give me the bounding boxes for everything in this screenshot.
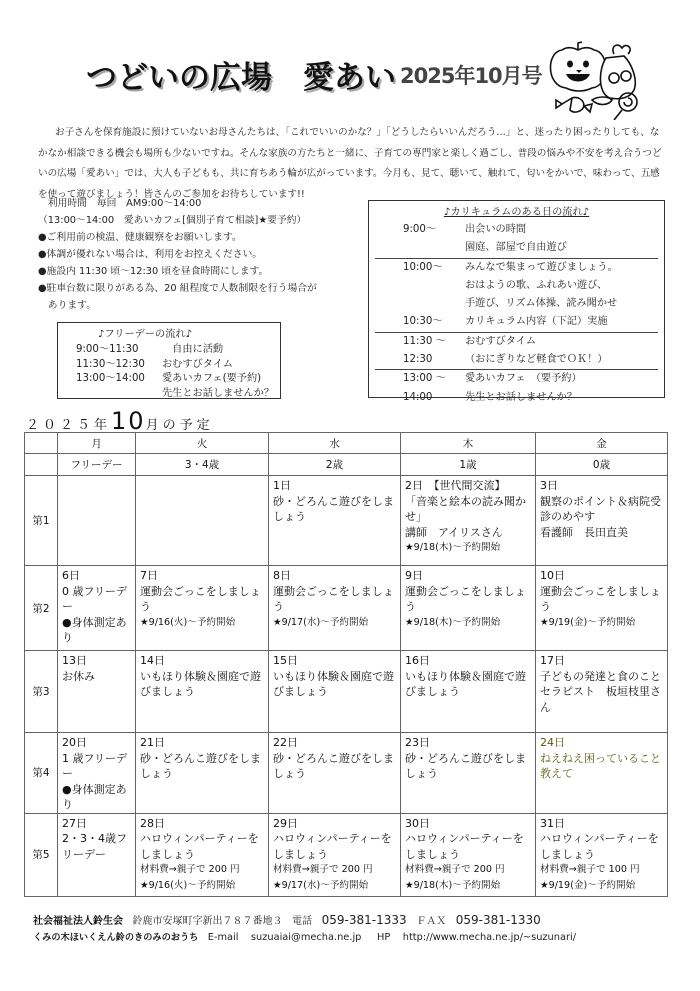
event-text: 運動会ごっこをしましょう bbox=[273, 584, 397, 615]
event-text: お休み bbox=[62, 669, 132, 685]
day-tue: 火 bbox=[136, 433, 269, 454]
age-fri: 0歳 bbox=[536, 454, 668, 476]
corner-cell bbox=[25, 454, 58, 476]
usage-info: 利用時間 毎回 AM9:00～14:00 （13:00～14:00 愛あいカフェ… bbox=[38, 195, 317, 314]
date-label: 29日 bbox=[273, 816, 397, 832]
activity: カリキュラム内容（下記）実施 bbox=[465, 313, 658, 331]
hp-label: HP bbox=[377, 932, 390, 943]
event-text: 2・3・4歳フリーデー bbox=[62, 831, 132, 862]
day-cell: 22日砂・どろんこ遊びをしましょう bbox=[269, 733, 401, 814]
event-text: 1 歳フリーデー bbox=[62, 751, 132, 782]
date-label: 27日 bbox=[62, 816, 132, 832]
event-text: ハロウィンパーティーをしましょう bbox=[140, 831, 265, 862]
time: 14:00 bbox=[375, 389, 465, 407]
activity: 自由に活動 bbox=[162, 343, 223, 358]
activity: みんなで集まって遊びましょう。 bbox=[465, 259, 658, 277]
reservation-note: ★9/19(金)～予約開始 bbox=[540, 878, 664, 894]
reservation-note: ★9/18(木)～予約開始 bbox=[405, 878, 532, 894]
activity: 先生とお話しませんか？ bbox=[465, 389, 658, 407]
day-cell: 3日観察のポイント＆病院受診のめやす看護師 長田直美 bbox=[536, 476, 668, 566]
freeday-flow-title: ♪フリーデーの流れ♪ bbox=[58, 326, 280, 343]
event-text: いもほり体験＆園庭で遊びましょう bbox=[405, 669, 532, 700]
time: 13:00 ～ bbox=[375, 370, 465, 388]
day-cell: 30日ハロウィンパーティーをしましょう材料費→親子で 200 円★9/18(木)… bbox=[401, 813, 536, 896]
time: 13:00～14:00 bbox=[58, 372, 162, 387]
activity: おはようの歌、ふれあい遊び、 bbox=[465, 277, 658, 295]
activity: 園庭、部屋で自由遊び bbox=[465, 239, 658, 257]
notice-health: ●体調が優れない場合は、利用をお控えください。 bbox=[38, 246, 317, 263]
time: 11:30 ～ bbox=[375, 333, 465, 351]
day-cell: 7日運動会ごっこをしましょう★9/16(火)～予約開始 bbox=[136, 566, 269, 651]
schedule-title: ２０２５年10月の予定 bbox=[26, 407, 214, 435]
time bbox=[58, 387, 162, 402]
day-thu: 木 bbox=[401, 433, 536, 454]
reservation-note: ★9/17(水)～予約開始 bbox=[273, 878, 397, 894]
day-fri: 金 bbox=[536, 433, 668, 454]
curriculum-section: 10:00～みんなで集まって遊びましょう。 おはようの歌、ふれあい遊び、 手遊び… bbox=[375, 258, 658, 332]
event-text: ハロウィンパーティーをしましょう bbox=[540, 831, 664, 862]
corner-cell bbox=[25, 433, 58, 454]
activity: 愛あいカフェ(要予約) bbox=[162, 372, 261, 387]
age-thu: 1歳 bbox=[401, 454, 536, 476]
date-label: 16日 bbox=[405, 653, 532, 669]
curriculum-flow-title: ♪カリキュラムのある日の流れ♪ bbox=[369, 205, 664, 221]
notice-lunch: ●施設内 11:30 頃～12:30 頃を昼食時間にします。 bbox=[38, 263, 317, 280]
event-text: ●身体測定あり bbox=[62, 782, 132, 813]
date-label: 6日 bbox=[62, 568, 132, 584]
week-label: 第5 bbox=[25, 813, 58, 896]
event-text: 子どもの発達と食のこと bbox=[540, 669, 664, 685]
day-cell: 14日いもほり体験＆園庭で遊びましょう bbox=[136, 651, 269, 733]
cafe-hours: （13:00～14:00 愛あいカフェ[個別子育て相談]★要予約） bbox=[38, 212, 317, 229]
day-cell: 16日いもほり体験＆園庭で遊びましょう bbox=[401, 651, 536, 733]
week-row: 第26日0 歳フリーデー●身体測定あり7日運動会ごっこをしましょう★9/16(火… bbox=[25, 566, 668, 651]
day-cell: 8日運動会ごっこをしましょう★9/17(水)～予約開始 bbox=[269, 566, 401, 651]
activity: 出会いの時間 bbox=[465, 221, 658, 239]
event-text: ハロウィンパーティーをしましょう bbox=[405, 831, 532, 862]
email-link[interactable]: suzuaiai@mecha.ne.jp bbox=[251, 932, 362, 943]
notice-parking-cont: あります。 bbox=[38, 297, 317, 314]
age-header-row: フリーデー 3・4歳 2歳 1歳 0歳 bbox=[25, 454, 668, 476]
address: 鈴鹿市安塚町字新出７８７番地３ bbox=[133, 916, 283, 927]
curriculum-section: 13:00 ～愛あいカフェ （要予約） 14:00先生とお話しませんか？ bbox=[375, 369, 658, 407]
date-label: 21日 bbox=[140, 735, 265, 751]
event-text: 砂・どろんこ遊びをしましょう bbox=[273, 751, 397, 782]
day-cell: 15日いもほり体験＆園庭で遊びましょう bbox=[269, 651, 401, 733]
curriculum-section: 9:00～出会いの時間 園庭、部屋で自由遊び bbox=[375, 221, 658, 258]
schedule-year: ２０２５年 bbox=[26, 418, 111, 433]
event-text: いもほり体験＆園庭で遊びましょう bbox=[273, 669, 397, 700]
event-text: 砂・どろんこ遊びをしましょう bbox=[405, 751, 532, 782]
day-cell: 31日ハロウィンパーティーをしましょう材料費→親子で 100 円★9/19(金)… bbox=[536, 813, 668, 896]
day-cell: 21日砂・どろんこ遊びをしましょう bbox=[136, 733, 269, 814]
date-label: 3日 bbox=[540, 478, 664, 494]
time: 10:30～ bbox=[375, 313, 465, 331]
time: 11:30～12:30 bbox=[58, 358, 162, 373]
date-label: 14日 bbox=[140, 653, 265, 669]
week-label: 第2 bbox=[25, 566, 58, 651]
tel-label: 電話 bbox=[292, 916, 312, 927]
day-cell: 28日ハロウィンパーティーをしましょう材料費→親子で 200 円★9/16(火)… bbox=[136, 813, 269, 896]
activity: 手遊び、リズム体操、読み聞かせ bbox=[465, 295, 658, 313]
usage-hours: 利用時間 毎回 AM9:00～14:00 bbox=[38, 195, 317, 212]
fax-label: ＦＡＸ bbox=[416, 916, 446, 927]
halloween-pumpkin-candy-icon bbox=[548, 40, 668, 120]
age-tue: 3・4歳 bbox=[136, 454, 269, 476]
date-label: 9日 bbox=[405, 568, 532, 584]
org-name: 社会福祉法人鈴生会 bbox=[33, 916, 123, 927]
time: 10:00～ bbox=[375, 259, 465, 277]
week-row: 第11日砂・どろんこ遊びをしましょう2日 【世代間交流】「音楽と絵本の読み聞かせ… bbox=[25, 476, 668, 566]
date-label: 22日 bbox=[273, 735, 397, 751]
reservation-note: ★9/16(火)～予約開始 bbox=[140, 878, 265, 894]
date-label: 1日 bbox=[273, 478, 397, 494]
reservation-note: ★9/18(木)～予約開始 bbox=[405, 540, 532, 556]
event-text: 砂・どろんこ遊びをしましょう bbox=[140, 751, 265, 782]
day-cell: 24日ねえねえ困っていること教えて bbox=[536, 733, 668, 814]
material-fee: 材料費→親子で 200 円 bbox=[140, 862, 265, 878]
activity: おむすびタイム bbox=[465, 333, 658, 351]
intro-paragraph: お子さんを保育施設に預けていないお母さんたちは、「これでいいのかな？」「どうした… bbox=[38, 123, 666, 205]
notice-parking: ●駐車台数に限りがある為、20 組程度で人数制限を行う場合が bbox=[38, 280, 317, 297]
day-cell: 1日砂・どろんこ遊びをしましょう bbox=[269, 476, 401, 566]
event-text: いもほり体験＆園庭で遊びましょう bbox=[140, 669, 265, 700]
day-cell: 9日運動会ごっこをしましょう★9/18(木)～予約開始 bbox=[401, 566, 536, 651]
event-text: 運動会ごっこをしましょう bbox=[405, 584, 532, 615]
week-label: 第1 bbox=[25, 476, 58, 566]
week-label: 第3 bbox=[25, 651, 58, 733]
time: 9:00～ bbox=[375, 221, 465, 239]
footer-web: くみの木ほいくえん鈴のきのみのおうち E-mail suzuaiai@mecha… bbox=[33, 929, 576, 943]
email-label: E-mail bbox=[208, 932, 239, 943]
day-cell: 10日運動会ごっこをしましょう★9/19(金)～予約開始 bbox=[536, 566, 668, 651]
date-label: 20日 bbox=[62, 735, 132, 751]
activity: （おにぎりなど軽食でＯＫ！） bbox=[465, 351, 658, 369]
reservation-note: ★9/17(水)～予約開始 bbox=[273, 615, 397, 631]
event-text: 0 歳フリーデー bbox=[62, 584, 132, 615]
event-text: 観察のポイント＆病院受診のめやす bbox=[540, 494, 664, 525]
date-label: 13日 bbox=[62, 653, 132, 669]
day-cell: 17日子どもの発達と食のことセラピスト 板垣枝里さん bbox=[536, 651, 668, 733]
day-wed: 水 bbox=[269, 433, 401, 454]
fax-number: 059-381-1330 bbox=[456, 913, 541, 927]
day-mon: 月 bbox=[58, 433, 136, 454]
activity: 先生とお話しませんか？ bbox=[162, 387, 274, 402]
freeday-flow-box: ♪フリーデーの流れ♪ 9:00～11:30 自由に活動 11:30～12:30お… bbox=[57, 322, 281, 399]
page-title: つどいの広場 愛あい bbox=[86, 52, 396, 97]
date-label: 31日 bbox=[540, 816, 664, 832]
time bbox=[375, 277, 465, 295]
event-text: ハロウィンパーティーをしましょう bbox=[273, 831, 397, 862]
hp-link[interactable]: http://www.mecha.ne.jp/~suzunari/ bbox=[403, 932, 576, 943]
activity: おむすびタイム bbox=[162, 358, 233, 373]
date-label: 7日 bbox=[140, 568, 265, 584]
schedule-suffix: 月の予定 bbox=[146, 418, 214, 433]
curriculum-flow-box: ♪カリキュラムのある日の流れ♪ 9:00～出会いの時間 園庭、部屋で自由遊び 1… bbox=[368, 200, 665, 398]
issue-label: 2025年10月号 bbox=[400, 60, 542, 90]
event-text: 「音楽と絵本の読み聞かせ」 bbox=[405, 494, 532, 525]
day-cell: 6日0 歳フリーデー●身体測定あり bbox=[58, 566, 136, 651]
time: 9:00～11:30 bbox=[58, 343, 162, 358]
age-mon: フリーデー bbox=[58, 454, 136, 476]
material-fee: 材料費→親子で 100 円 bbox=[540, 862, 664, 878]
event-text: 運動会ごっこをしましょう bbox=[540, 584, 664, 615]
reservation-note: ★9/19(金)～予約開始 bbox=[540, 615, 664, 631]
day-cell bbox=[58, 476, 136, 566]
age-wed: 2歳 bbox=[269, 454, 401, 476]
week-label: 第4 bbox=[25, 733, 58, 814]
event-text: 看護師 長田直美 bbox=[540, 525, 664, 541]
date-label: 10日 bbox=[540, 568, 664, 584]
week-row: 第313日お休み14日いもほり体験＆園庭で遊びましょう15日いもほり体験＆園庭で… bbox=[25, 651, 668, 733]
date-label: 8日 bbox=[273, 568, 397, 584]
day-cell: 27日2・3・4歳フリーデー bbox=[58, 813, 136, 896]
activity: 愛あいカフェ （要予約） bbox=[465, 370, 658, 388]
date-label: 17日 bbox=[540, 653, 664, 669]
date-label: 30日 bbox=[405, 816, 532, 832]
time: 12:30 bbox=[375, 351, 465, 369]
day-cell: 23日砂・どろんこ遊びをしましょう bbox=[401, 733, 536, 814]
event-text: 運動会ごっこをしましょう bbox=[140, 584, 265, 615]
day-cell: 2日 【世代間交流】「音楽と絵本の読み聞かせ」講師 アイリスさん★9/18(木)… bbox=[401, 476, 536, 566]
schedule-month: 10 bbox=[111, 407, 146, 435]
event-text: 砂・どろんこ遊びをしましょう bbox=[273, 494, 397, 525]
event-text: 講師 アイリスさん bbox=[405, 525, 532, 541]
reservation-note: ★9/18(木)～予約開始 bbox=[405, 615, 532, 631]
material-fee: 材料費→親子で 200 円 bbox=[273, 862, 397, 878]
date-label: 23日 bbox=[405, 735, 532, 751]
date-label: 2日 【世代間交流】 bbox=[405, 478, 532, 494]
tel-number: 059-381-1333 bbox=[322, 913, 407, 927]
week-row: 第527日2・3・4歳フリーデー28日ハロウィンパーティーをしましょう材料費→親… bbox=[25, 813, 668, 896]
day-cell: 20日1 歳フリーデー●身体測定あり bbox=[58, 733, 136, 814]
date-label: 15日 bbox=[273, 653, 397, 669]
footer-contact: 社会福祉法人鈴生会 鈴鹿市安塚町字新出７８７番地３ 電話 059-381-133… bbox=[33, 912, 541, 927]
day-cell: 29日ハロウィンパーティーをしましょう材料費→親子で 200 円★9/17(水)… bbox=[269, 813, 401, 896]
event-text: ねえねえ困っていること教えて bbox=[540, 751, 664, 782]
curriculum-section: 11:30 ～おむすびタイム 12:30（おにぎりなど軽食でＯＫ！） bbox=[375, 332, 658, 370]
day-cell: 13日お休み bbox=[58, 651, 136, 733]
time bbox=[375, 295, 465, 313]
week-row: 第420日1 歳フリーデー●身体測定あり21日砂・どろんこ遊びをしましょう22日… bbox=[25, 733, 668, 814]
notice-temperature: ●ご利用前の検温、健康観察をお願いします。 bbox=[38, 229, 317, 246]
event-text: セラピスト 板垣枝里さん bbox=[540, 684, 664, 715]
day-cell bbox=[136, 476, 269, 566]
day-header-row: 月 火 水 木 金 bbox=[25, 433, 668, 454]
facility-name: くみの木ほいくえん鈴のきのみのおうち bbox=[33, 932, 198, 943]
event-text: ●身体測定あり bbox=[62, 615, 132, 646]
material-fee: 材料費→親子で 200 円 bbox=[405, 862, 532, 878]
date-label: 28日 bbox=[140, 816, 265, 832]
time bbox=[375, 239, 465, 257]
date-label: 24日 bbox=[540, 735, 664, 751]
schedule-table: 月 火 水 木 金 フリーデー 3・4歳 2歳 1歳 0歳 第11日砂・どろんこ… bbox=[24, 432, 668, 897]
reservation-note: ★9/16(火)～予約開始 bbox=[140, 615, 265, 631]
